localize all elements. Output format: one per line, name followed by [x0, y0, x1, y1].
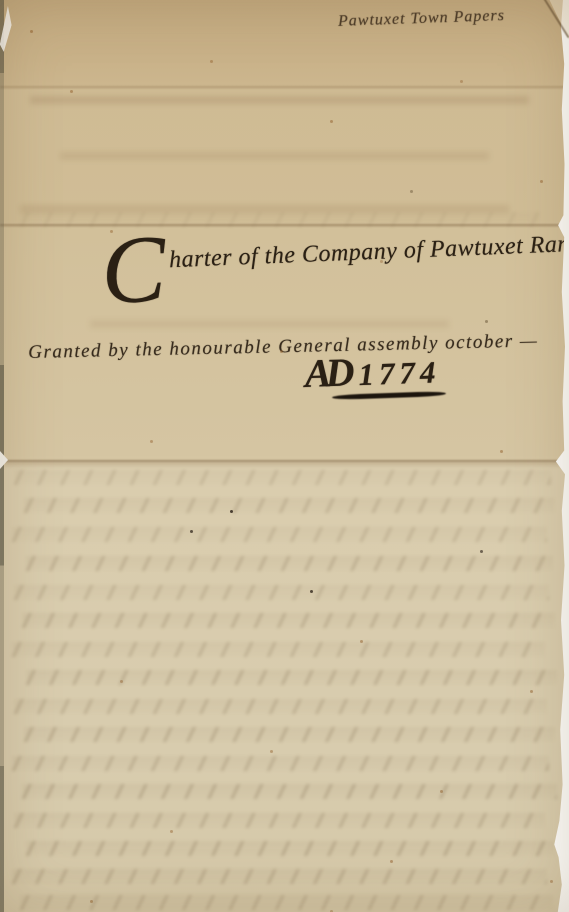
scanned-manuscript-page: Pawtuxet Town Papers Charter of the Comp…: [0, 0, 569, 912]
scan-vignette: [0, 0, 569, 912]
